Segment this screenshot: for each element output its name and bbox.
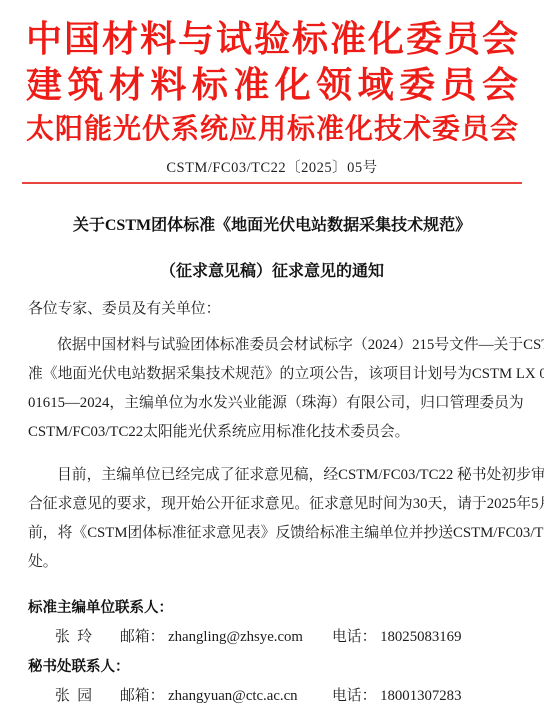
paragraph-2-line-4: 处。	[28, 548, 516, 577]
chief-editor-contact-heading: 标准主编单位联系人：	[0, 593, 544, 623]
body-paragraph-2: 目前，主编单位已经完成了征求意见稿，经CSTM/FC03/TC22 秘书处初步审…	[0, 461, 544, 577]
contact-name: 张 园	[55, 682, 120, 711]
letterhead-line-2: 建筑材料标准化领域委员会	[0, 62, 544, 108]
paragraph-2-line-3: 前，将《CSTM团体标准征求意见表》反馈给标准主编单位并抄送CSTM/FC03/…	[28, 519, 516, 548]
email-label: 邮箱：	[120, 688, 168, 704]
notice-title-line-2: （征求意见稿）征求意见的通知	[0, 263, 544, 281]
secretariat-contact-row: 张 园 邮箱： zhangyuan@ctc.ac.cn 电话： 18001307…	[0, 682, 544, 711]
paragraph-1-line-3: 01615—2024，主编单位为水发兴业能源（珠海）有限公司，归口管理委员为	[28, 389, 516, 418]
contact-section: 标准主编单位联系人： 张 玲 邮箱： zhangling@zhsye.com 电…	[0, 593, 544, 711]
paragraph-2-line-2: 合征求意见的要求，现开始公开征求意见。征求意见时间为30天，请于2025年5月1…	[28, 490, 516, 519]
letterhead-line-3: 太阳能光伏系统应用标准化技术委员会	[0, 108, 544, 152]
paragraph-2-line-1: 目前，主编单位已经完成了征求意见稿，经CSTM/FC03/TC22 秘书处初步审…	[28, 461, 516, 490]
paragraph-1-line-2: 准《地面光伏电站数据采集技术规范》的立项公告，该项目计划号为CSTM LX 03…	[28, 360, 516, 389]
phone-value: 18025083169	[380, 629, 461, 645]
paragraph-1-line-4: CSTM/FC03/TC22太阳能光伏系统应用标准化技术委员会。	[28, 418, 516, 447]
email-value: zhangyuan@ctc.ac.cn	[168, 688, 297, 704]
phone-label: 电话：	[332, 688, 380, 704]
chief-editor-contact-row: 张 玲 邮箱： zhangling@zhsye.com 电话： 18025083…	[0, 623, 544, 652]
paragraph-1-line-1: 依据中国材料与试验团体标准委员会材试标字（2024）215号文件—关于CSTM标	[28, 331, 516, 360]
red-divider-rule	[22, 182, 522, 184]
contact-name: 张 玲	[55, 623, 120, 652]
letterhead-line-1: 中国材料与试验标准化委员会	[0, 16, 544, 62]
salutation: 各位专家、委员及有关单位：	[0, 300, 544, 318]
contact-phone: 电话： 18025083169	[332, 623, 461, 652]
secretariat-contact-heading: 秘书处联系人：	[0, 652, 544, 682]
contact-email: 邮箱： zhangyuan@ctc.ac.cn	[120, 682, 332, 711]
phone-value: 18001307283	[380, 688, 461, 704]
notice-title-line-1: 关于CSTM团体标准《地面光伏电站数据采集技术规范》	[0, 217, 544, 235]
document-page: 中国材料与试验标准化委员会 建筑材料标准化领域委员会 太阳能光伏系统应用标准化技…	[0, 0, 544, 721]
letterhead: 中国材料与试验标准化委员会 建筑材料标准化领域委员会 太阳能光伏系统应用标准化技…	[0, 0, 544, 152]
phone-label: 电话：	[332, 629, 380, 645]
body-paragraph-1: 依据中国材料与试验团体标准委员会材试标字（2024）215号文件—关于CSTM标…	[0, 331, 544, 447]
email-value: zhangling@zhsye.com	[168, 629, 303, 645]
email-label: 邮箱：	[120, 629, 168, 645]
contact-email: 邮箱： zhangling@zhsye.com	[120, 623, 332, 652]
contact-phone: 电话： 18001307283	[332, 682, 461, 711]
document-number: CSTM/FC03/TC22〔2025〕05号	[0, 159, 544, 177]
